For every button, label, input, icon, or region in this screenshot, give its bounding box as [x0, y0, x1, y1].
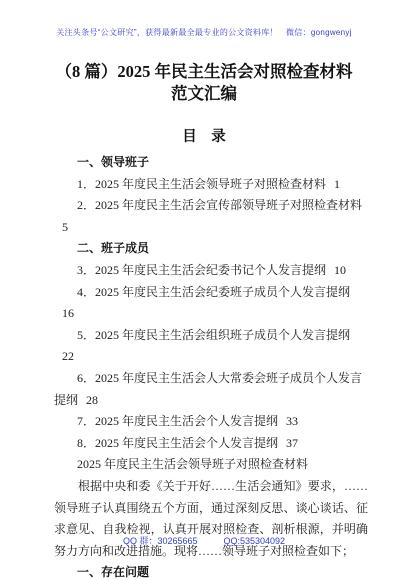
- qq-group-text: QQ 群：30265665: [123, 536, 198, 546]
- toc-item-page: 28: [86, 393, 98, 407]
- toc-item-text: 1．2025 年度民主生活会领导班子对照检查材料: [77, 177, 326, 191]
- toc-item: 5．2025 年度民主生活会组织班子成员个人发言提纲22: [54, 325, 368, 368]
- article-title: 2025 年度民主生活会领导班子对照检查材料: [54, 454, 368, 476]
- qq-text: QQ:535304092: [223, 536, 285, 546]
- toc-item-text: 3．2025 年度民主生活会纪委书记个人发言提纲: [77, 263, 326, 277]
- promo-text: 关注头条号“公文研究”，获得最新最全最专业的公文资料库！: [56, 28, 278, 37]
- toc-item-page: 37: [286, 436, 298, 450]
- toc-item-page: 1: [334, 177, 340, 191]
- toc-item: 8．2025 年度民主生活会个人发言提纲37: [54, 433, 368, 455]
- toc-section-label-1: 一、领导班子: [54, 152, 368, 174]
- toc-item-page: 16: [62, 306, 74, 320]
- wechat-text: 微信：gongwenyj: [286, 28, 352, 37]
- page-title-line1: （8 篇）2025 年民主生活会对照检查材料: [0, 61, 408, 83]
- toc-item: 7．2025 年度民主生活会个人发言提纲33: [54, 411, 368, 433]
- toc-item-page: 33: [286, 414, 298, 428]
- toc-item-text: 8．2025 年度民主生活会个人发言提纲: [77, 436, 278, 450]
- toc-item-text: 5．2025 年度民主生活会组织班子成员个人发言提纲: [77, 328, 350, 342]
- toc-item-text: 4．2025 年度民主生活会纪委班子成员个人发言提纲: [77, 285, 350, 299]
- article-section-heading: 一、存在问题: [54, 562, 368, 580]
- toc-item: 6．2025 年度民主生活会人大常委会班子成员个人发言提纲28: [54, 368, 368, 411]
- toc-item: 1．2025 年度民主生活会领导班子对照检查材料1: [54, 174, 368, 196]
- toc-item-page: 5: [62, 220, 68, 234]
- article-paragraph: 根据中央和委《关于开好……生活会通知》要求，……领导班子认真围绕五个方面，通过深…: [54, 476, 368, 562]
- toc-item: 4．2025 年度民主生活会纪委班子成员个人发言提纲16: [54, 282, 368, 325]
- toc-item-text: 2．2025 年度民主生活会宣传部领导班子对照检查材料: [77, 198, 362, 212]
- page-title: （8 篇）2025 年民主生活会对照检查材料 范文汇编: [0, 61, 408, 105]
- toc-item-text: 6．2025 年度民主生活会人大常委会班子成员个人发言提纲: [54, 371, 362, 407]
- toc-item-page: 22: [62, 349, 74, 363]
- toc-section-label-2: 二、班子成员: [54, 238, 368, 260]
- document-page: 关注头条号“公文研究”，获得最新最全最专业的公文资料库！微信：gongwenyj…: [0, 0, 408, 580]
- toc-item-page: 10: [334, 263, 346, 277]
- page-content: 一、领导班子 1．2025 年度民主生活会领导班子对照检查材料1 2．2025 …: [54, 152, 368, 580]
- toc-item-text: 7．2025 年度民主生活会个人发言提纲: [77, 414, 278, 428]
- page-footer: QQ 群：30265665QQ:535304092: [0, 534, 408, 547]
- promo-header: 关注头条号“公文研究”，获得最新最全最专业的公文资料库！微信：gongwenyj: [0, 0, 408, 38]
- page-title-line2: 范文汇编: [0, 83, 408, 105]
- toc-item: 3．2025 年度民主生活会纪委书记个人发言提纲10: [54, 260, 368, 282]
- toc-heading: 目 录: [0, 128, 408, 146]
- toc-item: 2．2025 年度民主生活会宣传部领导班子对照检查材料5: [54, 195, 368, 238]
